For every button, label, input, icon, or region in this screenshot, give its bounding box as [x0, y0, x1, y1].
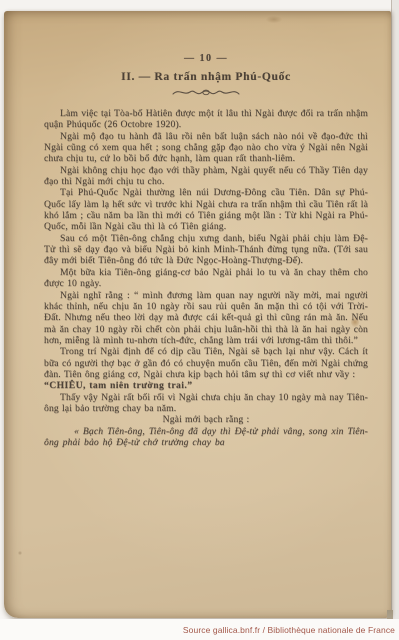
book-page: — 10 — II. — Ra trấn nhậm Phú-Quốc Làm v…: [4, 11, 391, 618]
paragraph: Ngài không chịu học đạo với thầy phàm, N…: [44, 165, 368, 188]
paragraph: Làm việc tại Tòa-bố Hàtiên được một ít l…: [44, 108, 368, 131]
ornament-flourish-icon: [44, 86, 368, 99]
paragraph-centered: Ngài mới bạch rằng :: [44, 414, 368, 425]
paragraph: Ngài mộ đạo tu hành đã lâu rồi nên bất l…: [44, 131, 368, 165]
attribution-text: Source gallica.bnf.fr / Bibliothèque nat…: [183, 625, 395, 635]
oracle-quote-line: “CHIÊU, tam niên trường trai.”: [44, 380, 368, 391]
paragraph: Ngài nghĩ rằng : “ mình đương làm quan n…: [44, 290, 368, 347]
paragraph: Thấy vậy Ngài rất bối rối vì Ngài chưa c…: [44, 392, 368, 415]
chapter-heading: II. — Ra trấn nhậm Phú-Quốc: [44, 71, 368, 83]
paragraph-italic-quote: « Bạch Tiên-ông, Tiên-ông đã dạy thì Đệ-…: [44, 426, 368, 449]
paragraph: Sau có một Tiên-ông chẳng chịu xưng danh…: [44, 233, 368, 267]
body-text: Làm việc tại Tòa-bố Hàtiên được một ít l…: [44, 108, 368, 448]
paper-stain: [18, 551, 22, 555]
scanner-gutter: [391, 0, 399, 619]
page-number: — 10 —: [44, 53, 368, 64]
paragraph: Trong trí Ngài định để có dịp cầu Tiên, …: [44, 346, 368, 380]
scan-viewport: — 10 — II. — Ra trấn nhậm Phú-Quốc Làm v…: [0, 0, 399, 640]
page-content: — 10 — II. — Ra trấn nhậm Phú-Quốc Làm v…: [44, 11, 368, 448]
attribution-bar: Source gallica.bnf.fr / Bibliothèque nat…: [0, 619, 399, 640]
paragraph: Một bữa kia Tiên-ông giáng-cơ bảo Ngài p…: [44, 267, 368, 290]
paragraph: Tại Phú-Quốc Ngài thường lên núi Dương-Đ…: [44, 187, 368, 232]
